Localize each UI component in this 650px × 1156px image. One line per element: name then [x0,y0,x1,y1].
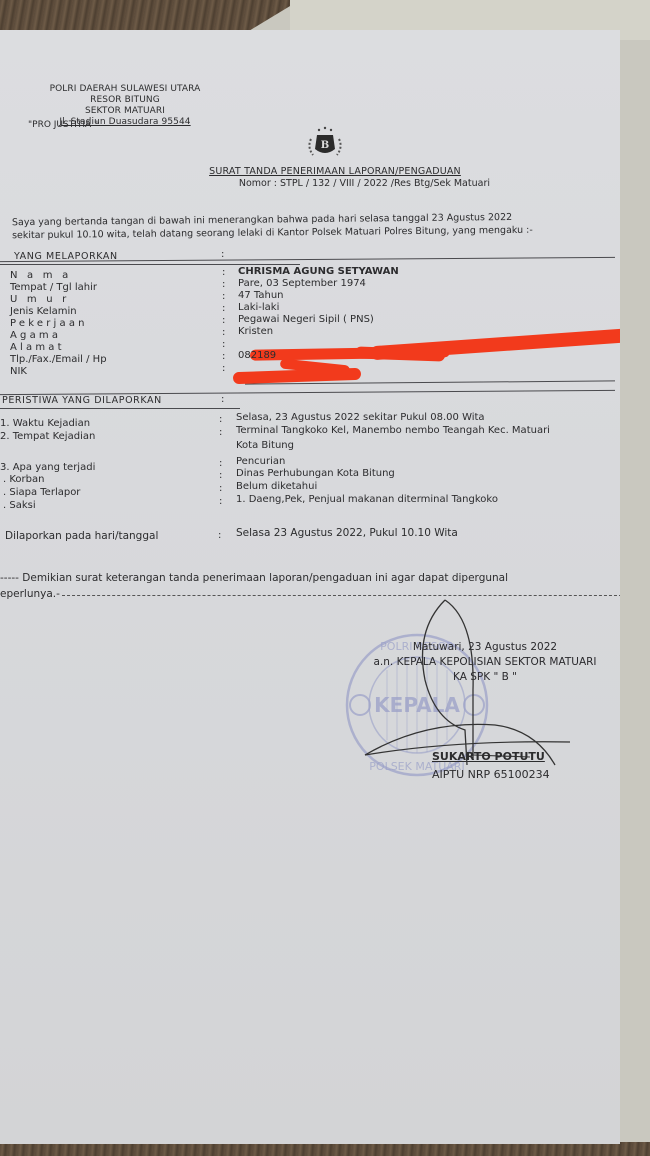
letterhead-line: SEKTOR MATUARI [35,106,215,117]
reporter-field-value: Pegawai Negeri Sipil ( PNS) [238,314,374,325]
reported-date-value: Selasa 23 Agustus 2022, Pukul 10.10 Wita [236,527,458,539]
background-wood-surface-bottom [0,1142,650,1156]
colon: : [219,414,222,425]
divider [0,408,240,409]
document-page: POLRI DAERAH SULAWESI UTARA RESOR BITUNG… [0,30,620,1144]
colon: : [219,458,222,469]
redaction-mark [355,346,445,361]
reporter-field-label: Agama [10,330,61,341]
closing-line: ----- Demikian surat keterangan tanda pe… [0,570,640,586]
redaction-mark [233,368,361,384]
intro-paragraph: Saya yang bertanda tangan di bawah ini m… [12,210,622,242]
incident-field-label: . Siapa Terlapor [3,487,80,498]
document-title: SURAT TANDA PENERIMAAN LAPORAN/PENGADUAN [180,166,490,178]
colon: : [219,470,222,481]
incident-field-value: Pencurian [236,456,285,467]
reporter-field-label: Tempat / Tgl lahir [10,282,97,293]
incident-field-label: 2. Tempat Kejadian [0,431,95,442]
incident-field-value: Terminal Tangkoko Kel, Manembo nembo Tea… [236,425,550,436]
svg-text:B: B [321,140,329,151]
reporter-field-value: Laki-laki [238,302,279,313]
reporter-field-value: 082189 [238,350,276,361]
document-number: Nomor : STPL / 132 / VIII / 2022 /Res Bt… [180,178,490,190]
colon: : [222,279,225,290]
police-emblem-icon: B [303,125,347,163]
reporter-field-label: Alamat [10,342,65,353]
reporter-field-value: Pare, 03 September 1974 [238,278,366,289]
reporter-field-label: Tlp./Fax./Email / Hp [10,354,107,365]
section-title-reporter: YANG MELAPORKAN [14,251,118,262]
colon: : [222,363,225,374]
colon: : [222,303,225,314]
colon: : [222,351,225,362]
reporter-field-label: N a m a [10,270,71,281]
colon: : [222,327,225,338]
reported-date-label: Dilaporkan pada hari/tanggal [5,530,158,542]
signatory-rank-nrp: AIPTU NRP 65100234 [432,768,550,781]
colon: : [222,291,225,302]
letterhead-line: POLRI DAERAH SULAWESI UTARA [35,84,215,95]
reporter-field-value: CHRISMA AGUNG SETYAWAN [238,266,399,277]
incident-field-label: . Korban [3,474,44,485]
incident-field-value: Selasa, 23 Agustus 2022 sekitar Pukul 08… [236,412,485,423]
reporter-field-label: NIK [10,366,27,377]
incident-field-value-continued: Kota Bitung [236,440,294,451]
colon: : [219,427,222,438]
divider [0,264,300,265]
incident-field-label: 1. Waktu Kejadian [0,418,90,429]
reporter-field-label: U m u r [10,294,69,305]
colon: : [218,530,221,541]
incident-field-label: 3. Apa yang terjadi [0,462,95,473]
reporter-field-value: 47 Tahun [238,290,284,301]
pro-justitia-label: "PRO JUSTITIA " [28,120,98,130]
colon: : [221,249,224,260]
incident-field-label: . Saksi [3,500,36,511]
incident-field-value: Dinas Perhubungan Kota Bitung [236,468,395,479]
letterhead-line: RESOR BITUNG [35,95,215,106]
section-title-incident: PERISTIWA YANG DILAPORKAN [2,395,162,406]
reporter-field-label: Jenis Kelamin [10,306,77,317]
colon: : [222,267,225,278]
incident-field-value: 1. Daeng,Pek, Penjual makanan diterminal… [236,494,498,505]
incident-field-value: Belum diketahui [236,481,317,492]
document-title-block: SURAT TANDA PENERIMAAN LAPORAN/PENGADUAN… [180,166,490,190]
colon: : [222,315,225,326]
colon: : [221,394,224,405]
reporter-field-label: Pekerjaan [10,318,88,329]
signatory-name: SUKARTO POTUTU [432,750,545,763]
colon: : [219,496,222,507]
colon: : [222,339,225,350]
colon: : [219,483,222,494]
reporter-field-value: Kristen [238,326,273,337]
